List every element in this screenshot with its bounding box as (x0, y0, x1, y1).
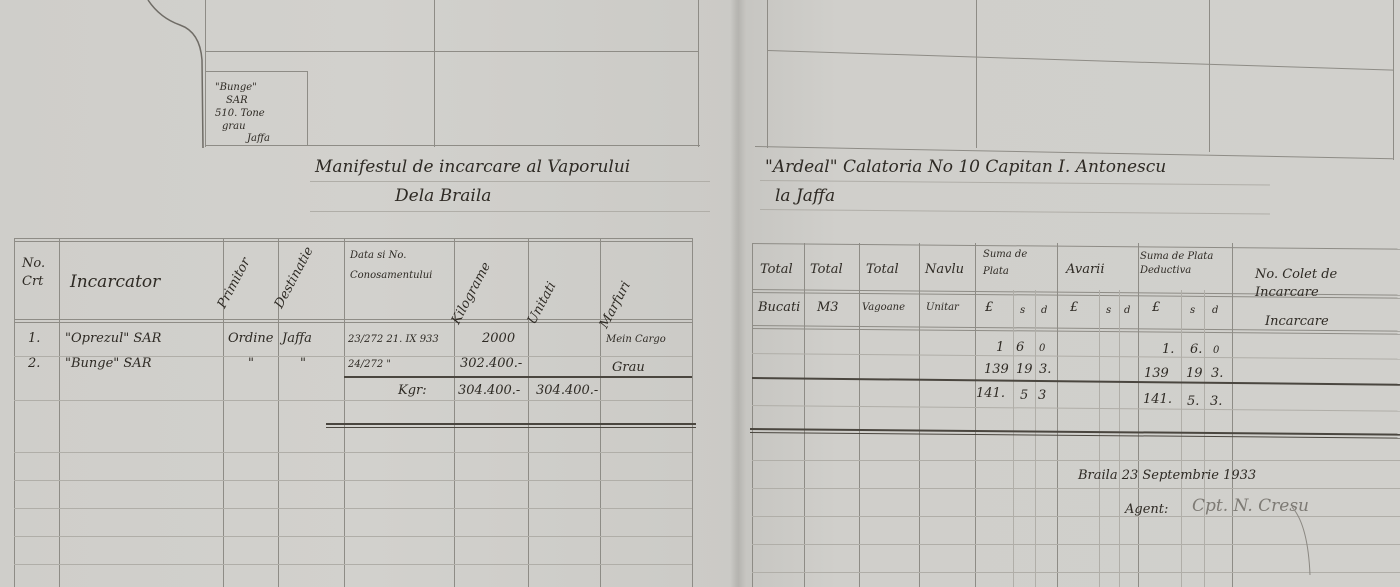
book-gutter (730, 0, 746, 587)
cell-no: 1. (28, 331, 40, 346)
header-unitar: Unitar (926, 302, 959, 313)
total-freight-shillings: 5 (1020, 388, 1028, 403)
header-sum-freight: Suma de Plata (983, 246, 1053, 280)
signature-flourish (1290, 505, 1320, 580)
freight-shillings: 6 (1016, 340, 1024, 355)
freight-shillings: 19 (1016, 362, 1033, 377)
freight-pounds: 1 (996, 340, 1004, 355)
header-pence: d (1124, 305, 1130, 316)
destination-port: la Jaffa (775, 186, 835, 206)
header-pence: d (1212, 305, 1218, 316)
header-vagoane: Vagoane (862, 302, 905, 313)
place-date: Braila 23 Septembrie 1933 (1078, 468, 1256, 483)
manifest-title-left: Manifestul de incarcare al Vaporului (315, 157, 630, 177)
header-total-pieces: Total (760, 262, 793, 277)
total-deducted-shillings: 5. (1187, 394, 1199, 409)
cell-kilograms: 302.400.- (460, 356, 522, 371)
cell-no: 2. (28, 356, 40, 371)
cell-destination: " (300, 356, 306, 371)
cell-goods: Mein Cargo (606, 334, 666, 345)
total-freight-pence: 3 (1038, 388, 1046, 403)
total-deducted-pence: 3. (1210, 394, 1222, 409)
cell-shipper: "Oprezul" SAR (65, 331, 161, 346)
deducted-pounds: 1. (1162, 342, 1174, 357)
header-bill-of-lading: Data si No. Conosamentului (350, 246, 450, 286)
header-shipper: Incarcator (70, 272, 160, 292)
freight-pounds: 139 (984, 362, 1009, 377)
header-pound: £ (1070, 300, 1078, 315)
agent-label: Agent: (1125, 502, 1168, 517)
note-line: SAR (226, 95, 248, 106)
manifest-title-right: "Ardeal" Calatoria No 10 Capitan I. Anto… (765, 157, 1166, 177)
curved-margin-line (140, 0, 210, 150)
note-line: 510. Tone (215, 108, 265, 119)
deducted-pence: 3. (1211, 366, 1223, 381)
total-kilograms: 304.400.- (458, 383, 520, 398)
header-m3: M3 (817, 300, 839, 315)
total-freight-pounds: 141. (976, 386, 1005, 401)
cell-destination: Jaffa (282, 331, 312, 346)
header-pound: £ (1152, 300, 1160, 315)
origin-port: Dela Braila (395, 186, 491, 206)
freight-pence: 0 (1039, 343, 1045, 354)
cell-receiver: " (248, 356, 254, 371)
header-incarcare: Incarcare (1265, 314, 1329, 329)
cell-receiver: Ordine (228, 331, 273, 346)
header-pence: d (1041, 305, 1047, 316)
header-freight-units: Navlu (925, 262, 964, 277)
freight-pence: 3. (1039, 362, 1051, 377)
note-line: Jaffa (247, 133, 270, 144)
note-line: grau (222, 121, 246, 132)
header-total-wagons: Total (866, 262, 899, 277)
total-units: 304.400.- (536, 383, 598, 398)
note-line: "Bunge" (215, 82, 257, 93)
cell-bill: 24/272 " (348, 359, 391, 370)
header-shilling: s (1106, 305, 1111, 316)
deducted-pence: 0 (1213, 345, 1219, 356)
deducted-shillings: 19 (1186, 366, 1203, 381)
cell-bill: 23/272 21. IX 933 (348, 334, 439, 345)
deducted-pounds: 139 (1144, 366, 1169, 381)
header-sum-deducted: Suma de Plata Deductiva (1140, 250, 1235, 278)
cell-goods: Grau (612, 360, 645, 375)
total-label: Kgr: (398, 383, 427, 398)
header-avarii: Avarii (1066, 262, 1105, 277)
header-shilling: s (1190, 305, 1195, 316)
header-packages: No. Colet de Incarcare (1255, 266, 1365, 302)
header-pound: £ (985, 300, 993, 315)
cell-shipper: "Bunge" SAR (65, 356, 152, 371)
deducted-shillings: 6. (1190, 342, 1202, 357)
cell-kilograms: 2000 (482, 331, 515, 346)
header-no: No. Crt (22, 255, 52, 291)
header-bucati: Bucati (758, 300, 800, 315)
header-shilling: s (1020, 305, 1025, 316)
header-total-m3: Total (810, 262, 843, 277)
total-deducted-pounds: 141. (1143, 392, 1172, 407)
